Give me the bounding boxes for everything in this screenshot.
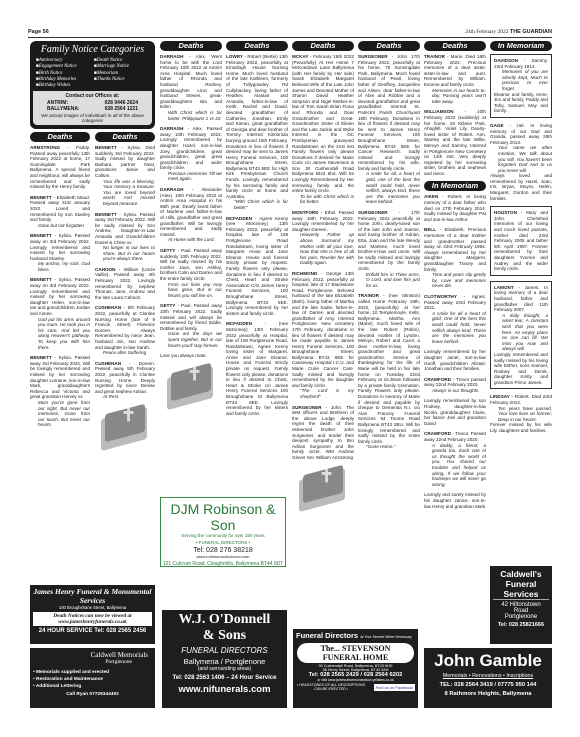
notice-text: - 5th February 2022, peacefully at Clonl… <box>95 305 155 349</box>
notice-entry: DARRAGH - Alexander (Alex). 10th Februar… <box>160 187 222 243</box>
caldwell-service-item: • Memorials supplied and erected <box>33 669 152 676</box>
notice-entry: SURGEONER - John. The WM officers and Br… <box>292 405 354 461</box>
notice-surname: MCKAY <box>292 54 308 59</box>
caldwell-services-list: • Memorials supplied and erected• Restor… <box>33 669 152 690</box>
notice-entry: CRAWFORD - Trevor. Passed away 22nd Febr… <box>424 431 486 487</box>
notice-surname: WILLIAMSON <box>424 109 454 114</box>
notice-surname: CRAWFORD <box>424 377 451 382</box>
notice-surname: MCFADDEN <box>226 321 252 326</box>
bible-icon: ✝ <box>95 405 155 449</box>
wj-odonnell-ad: W.J. O'Donnell & Sons FUNERAL DIRECTORS … <box>162 610 287 708</box>
notice-surname: SURGEONER <box>358 210 388 215</box>
column-6: Deaths SURGEONER - John 17th February 20… <box>358 41 420 626</box>
notice-text: - Sylvia. Died suddenly 3rd February 202… <box>95 145 155 178</box>
notice-entry: BENNETT - Sylvia. Died suddenly 3rd Febr… <box>95 145 155 207</box>
notice-verse: Always in our thoughts. <box>424 388 486 394</box>
notice-entry: MCFADDEN - Agnes Kenny (nee McKinney) 13… <box>226 216 288 317</box>
contact-box: Contact our Offices at: ANTRIM:028 9446 … <box>33 91 152 125</box>
issue-date: 24th February 2022 THE GUARDIAN <box>465 29 552 35</box>
categories-list: AnniversaryDeath NoticeEngagement Notice… <box>33 58 152 89</box>
deaths-heading: Deaths <box>292 41 354 51</box>
notice-entry: RICHMOND - George 13th February 2022, pe… <box>292 271 354 400</box>
notice-entry: BENNETT - Sylvia. Passed away 3rd Februa… <box>30 355 90 428</box>
column-2: Deaths BENNETT - Sylvia. Died suddenly 3… <box>95 132 155 582</box>
deaths-heading: Deaths <box>358 41 420 51</box>
category-item: Thanks Notice <box>94 77 152 83</box>
notice-entry: SURGEONER - 17th February 2022 peacefull… <box>358 210 420 288</box>
notice-signoff: Forever missed by his wife Lily, daughte… <box>490 422 552 433</box>
notice-verse: No longer in our lives to share, But in … <box>95 245 155 262</box>
notice-text: Lovingly and sorely missed by his daught… <box>424 492 486 508</box>
notice-text: - Paddy. Passed away peacefully 13th Feb… <box>30 145 90 189</box>
notice-text: - 17th February 2022 peacefully at home … <box>358 210 420 271</box>
notice-surname: MCFADDEN <box>226 216 252 221</box>
memoriam-heading: In Memoriam <box>490 41 552 51</box>
notice-verse: "Gone Home." <box>358 444 420 450</box>
notice-verse: Peace after Suffering <box>95 350 155 356</box>
notice-text: - Doreen. Passed away 5th February 2022,… <box>95 361 155 394</box>
notice-text: - Marie. Died 16th February 2022. Precio… <box>424 54 486 87</box>
notice-text: Lovingly remembered by her daughter Jane… <box>424 349 486 371</box>
notice-surname: BENNETT <box>30 195 52 200</box>
column-7: Deaths TRAINOR - Marie. Died 16th Februa… <box>424 41 486 646</box>
deaths-heading: Deaths <box>160 41 222 51</box>
notice-text: - 10th February 2022 (suddenly) at her h… <box>424 109 486 176</box>
notice-verse: With Christ which is far better. Philipp… <box>160 110 222 121</box>
notice-text: - Elizabeth. Precious memories of a dear… <box>424 227 486 271</box>
notice-verse: A daddy, a friend, a granda too, Each on… <box>424 443 486 488</box>
notice-verse: Memories of you are silently kept, Much … <box>494 69 548 91</box>
notice-entry: Lovingly and sorely missed by his daught… <box>424 492 486 509</box>
column-1: Deaths ARMSTRONG - Paddy. Passed away pe… <box>30 132 90 582</box>
notice-text: - February 18th 2022 (Peacefully) At Her… <box>292 54 354 193</box>
notice-entry: Lovingly remembered by her daughter Jane… <box>424 349 486 371</box>
notice-entry: GETTY - Paul. Passed away suddenly 10th … <box>160 248 222 298</box>
notice-surname: RICHMOND <box>292 271 317 276</box>
notice-text: - John. The WM officers and Brethren of … <box>292 405 354 460</box>
notice-verse: Mum you're gone from our sight, But neve… <box>30 400 90 428</box>
categories-title: Family Notice Categories <box>33 44 152 55</box>
notice-surname: DARRAGH <box>160 187 183 192</box>
notice-entry: LINDSAY - Robert. Died 23rd February 201… <box>490 394 552 433</box>
notice-text: - Robert (Bertie) 13th February 2022, pe… <box>226 54 288 199</box>
notice-surname: BENNETT <box>30 355 52 360</box>
deaths-heading: Deaths <box>424 41 486 51</box>
notice-surname: DARRAGH <box>160 126 183 131</box>
notice-surname: DAVIDSON <box>494 58 518 63</box>
notice-signoff: Always loved and remembered by Hazel, Jo… <box>490 173 552 200</box>
notice-surname: LOWRY <box>226 54 243 59</box>
notice-entry: CAHOON - William (Uncle Vaillie). Passed… <box>95 267 155 301</box>
notice-entry: HOUSTON - Mary and John. Cherished memor… <box>490 206 552 276</box>
notice-entry: CLOTWORTHY - Agnes. Passed away 23rd Feb… <box>424 294 486 344</box>
notice-verse: Time and years slip gently by, Love and … <box>424 272 486 289</box>
caldwell-service-item: • Restoration and Maintenance <box>33 676 152 683</box>
notice-verse: Precious memories Till we meet again. <box>160 171 222 182</box>
caldwell-service-item: • Additional Lettering <box>33 683 152 690</box>
notice-surname: CAHOON <box>95 267 115 272</box>
notice-entry: MONTFORD - Ethel. Passed away 16th Febru… <box>292 210 354 266</box>
notice-entry: TRAINOR - Marie. Died 16th February 2022… <box>424 54 486 104</box>
notice-entry: Lovingly remembered by son Rodney, daugh… <box>424 398 486 426</box>
notice-verse: Ten years have passed, Your love lives o… <box>490 406 552 423</box>
notice-text: - Mary and John. Cherished memories of o… <box>494 210 548 271</box>
facebook-icon: Find us on Facebook <box>374 684 415 691</box>
notice-signoff: Eleanor and family, Irene, Jim and famil… <box>494 92 548 114</box>
notice-entry: LAMONT - James. In loving memory of a de… <box>490 281 552 390</box>
notice-surname: SURGEONER <box>358 54 388 59</box>
memoriam-heading: In Memoriam <box>424 181 486 191</box>
notice-text: Love you always mate. <box>160 353 207 358</box>
notice-entry: BENNETT - Elizabeth Maud. Passed away 31… <box>30 195 90 229</box>
column-3: Deaths DARRAGH - Alex. Went home to be w… <box>160 41 222 496</box>
djm-robinson-ad: DJM Robinson & Son Serving the community… <box>160 497 286 567</box>
notice-verse: Memories in our hearts to-day. Passing y… <box>424 88 486 105</box>
notice-surname: GETTY <box>160 248 175 253</box>
james-henry-ad: James Henry Funeral & Monumental Service… <box>30 585 155 644</box>
notice-verse: "With Christ which is far better" <box>226 199 288 210</box>
notice-entry: BENNETT - Sylvia. Passed away on 3rd Feb… <box>30 233 90 272</box>
notice-verse: From our lives you may have gone, But in… <box>160 282 222 299</box>
notice-surname: TRAINOR <box>358 293 379 298</box>
notice-entry: CUSHENAN - 5th February 2022, peacefully… <box>95 305 155 355</box>
notice-entry: CRAWFORD - Trevor passed away 22nd Febru… <box>424 377 486 394</box>
notice-verse: A smile for all, a heart of gold, one of… <box>358 171 420 205</box>
notice-surname: AIKEN <box>424 194 438 199</box>
notice-text: - George 13th February 2022, peacefully … <box>292 271 354 388</box>
notice-verse: My anchor, my rock. God bless. <box>30 261 90 272</box>
deaths-heading: Deaths <box>30 132 90 142</box>
notice-verse: Gone but not forgotten <box>30 223 90 229</box>
notice-text: - (nee McKinney) 13th February 2022 peac… <box>226 321 288 416</box>
notice-entry: MCFADDEN - (nee McKinney) 13th February … <box>226 321 288 416</box>
page-number: Page 56 <box>28 29 49 35</box>
family-notice-categories: Family Notice Categories AnniversaryDeat… <box>30 41 155 129</box>
notice-text: - Alexander (Alex). 10th February 2022 a… <box>160 187 222 237</box>
notice-surname: LINDSAY <box>490 394 510 399</box>
notice-entry: Love you always mate. <box>160 353 222 359</box>
notice-entry: WILLIAMSON - 10th February 2022 (suddenl… <box>424 109 486 176</box>
notice-surname: MONTFORD <box>292 210 319 215</box>
notice-entry: AIKEN - Robert. In loving memory of a de… <box>424 194 486 222</box>
notice-surname: LAMONT <box>494 285 514 290</box>
notice-surname: BENNETT <box>95 145 117 150</box>
notice-entry: DARRAGH - Alex. Went home to be with the… <box>160 54 222 121</box>
notice-text: Lovingly remembered by son Rodney, daugh… <box>424 398 486 425</box>
notice-surname: GAGE <box>490 123 504 128</box>
notice-surname: BENNETT <box>95 212 117 217</box>
notice-verse: "The Lord is my shepherd" <box>292 388 354 399</box>
notice-text: - (nee Stinston) called Home February 18… <box>358 293 420 443</box>
notice-verse: At Rest. <box>95 394 155 400</box>
notice-surname: SURGEONER <box>292 405 322 410</box>
deaths-heading: Deaths <box>226 41 288 51</box>
notice-verse: A daily thought, a silent tear, A consta… <box>494 313 548 352</box>
john-gamble-ad: John Gamble Memorials • Renovations • In… <box>424 648 552 708</box>
notice-verse: Your life was a blessing. Your memory a … <box>95 179 155 207</box>
notice-surname: ARMSTRONG <box>30 145 60 150</box>
notice-entry: TRAINOR - (nee Stinston) called Home Feb… <box>358 293 420 450</box>
notice-entry: CUSHENAN - Doreen. Passed away 5th Febru… <box>95 361 155 400</box>
notice-surname: HOUSTON <box>494 210 517 215</box>
notice-verse: Enfold him in Thine arms, O Lord, and lo… <box>358 272 420 289</box>
notice-verse: A smile for all a heart of gold, One of … <box>424 311 486 345</box>
notice-text: - Paul. Passed away suddenly 10th Februa… <box>160 248 222 281</box>
notice-verse: Your name we often mention, We talk abou… <box>490 145 552 173</box>
notice-verse: At Home with the Lord. <box>160 237 222 243</box>
notice-surname: CUSHENAN <box>95 361 121 366</box>
notice-surname: CLOTWORTHY <box>424 294 457 299</box>
notice-text: - Sylvia. Passed away 3rd February 2022.… <box>95 212 155 245</box>
notice-entry: DARRAGH - Alex. Passed away 10th Februar… <box>160 126 222 182</box>
notice-entry: BELL - Elizabeth. Precious memories of a… <box>424 227 486 289</box>
notice-verse: Heavenly Father up above, Surround my Mo… <box>292 232 354 266</box>
column-4: Deaths LOWRY - Robert (Bertie) 13th Febr… <box>226 41 288 496</box>
notice-text: - Alex. Went home to be with the Lord Fe… <box>160 54 222 109</box>
notice-entry: GAGE - Uel. In loving memory of our Dad … <box>490 123 552 201</box>
notice-verse: God put his arms around you mum. He took… <box>30 317 90 351</box>
notice-surname: BENNETT <box>30 233 52 238</box>
notice-text: - Alex. Passed away 10th February 2022. … <box>160 126 222 170</box>
notice-entry: ARMSTRONG - Paddy. Passed away peacefull… <box>30 145 90 190</box>
notice-surname: DARRAGH <box>160 54 183 59</box>
column-8: In Memoriam DAVIDSON - Sammy. 23rd Febru… <box>490 41 552 564</box>
notice-entry: BENNETT - Sylvia. Passed away on 3rd Feb… <box>30 277 90 350</box>
category-item: Birthday Wishes <box>36 83 94 89</box>
notice-entry: SURGEONER - John 17th February 2022, pea… <box>358 54 420 205</box>
notice-entry: LOWRY - Robert (Bertie) 13th February 20… <box>226 54 288 211</box>
notice-surname: GETTY <box>160 303 175 308</box>
stevenson-funeral-home-ad: Funeral Directors At Your Service When N… <box>293 629 418 708</box>
bible-icon: ✝ <box>161 364 221 408</box>
notice-text: - William (Uncle Vaillie). Passed away 4… <box>95 267 155 300</box>
bible-icon: ✝ <box>293 466 353 510</box>
caldwells-funeral-services-ad: Caldwell's Funeral Services 42 Hiltonsto… <box>490 566 552 644</box>
notice-text: - Sylvia. Passed away on 3rd February 20… <box>30 277 90 316</box>
notice-entry: DAVIDSON - Sammy. 23rd February 1914.Mem… <box>490 54 552 118</box>
notice-verse: To be with Christ which is far better. <box>292 194 354 205</box>
notice-verse: Gone are the days we spent together, But… <box>160 331 222 348</box>
notice-signoff: Lovingly remembered and sadly missed by … <box>494 352 548 385</box>
notice-text: - Agnes Kenny (nee McKinney) 13th Februa… <box>226 216 288 316</box>
notice-entry: BENNETT - Sylvia. Passed away 3rd Februa… <box>95 212 155 262</box>
deaths-heading: Deaths <box>95 132 155 142</box>
notice-entry: MCKAY - February 18th 2022 (Peacefully) … <box>292 54 354 205</box>
notice-text: - Sylvia. Passed away 3rd February 2022.… <box>30 355 90 399</box>
notice-surname: CRAWFORD <box>424 431 451 436</box>
notice-surname: BELL <box>424 227 436 232</box>
notice-surname: BENNETT <box>30 277 52 282</box>
page-header: Page 56 24th February 2022 THE GUARDIAN <box>28 28 552 38</box>
notice-surname: TRAINOR <box>424 54 445 59</box>
notice-text: - John 17th February 2022, peacefully at… <box>358 54 420 171</box>
notice-surname: CUSHENAN <box>95 305 121 310</box>
notice-entry: GETTY - Paul. Passed away 10th February … <box>160 303 222 348</box>
column-5: Deaths MCKAY - February 18th 2022 (Peace… <box>292 41 354 626</box>
caldwell-memorials-ad: Caldwell Memorials Portglenone • Memoria… <box>30 648 155 708</box>
